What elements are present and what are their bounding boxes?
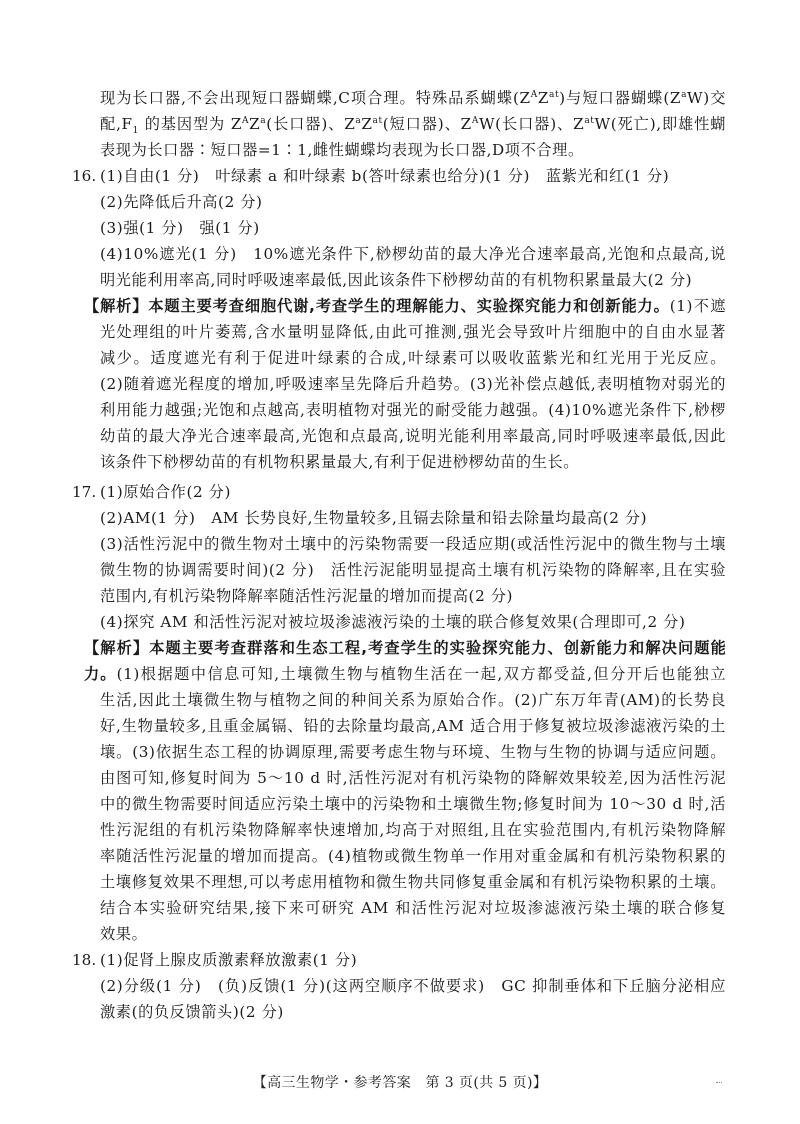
text-line: 现为长口器,不会出现短口器蝴蝶,C项合理。特殊品系蝴蝶(ZAZat)与短口器蝴蝶… [100,88,726,108]
analysis-line: 力。(1)根据题中信息可知,土壤微生物与植物生活在一起,双方都受益,但分开后也能… [84,664,726,684]
scan-mark [716,1082,722,1085]
question-number-18: 18. [72,950,96,970]
answer-line: (2)AM(1 分) AM 长势良好,生物量较多,且镉去除量和铅去除量均最高(2… [100,508,726,528]
analysis-line: 土壤修复效果不理想,可以考虑用植物和微生物共同修复重金属和有机污染物积累的土壤。 [100,872,726,892]
answer-line: (4)探究 AM 和活性污泥对被垃圾渗滤液污染的土壤的联合修复效果(合理即可,2… [100,612,726,632]
answer-line: 微生物的协调需要时间)(2 分) 活性污泥能明显提高土壤有机污染物的降解率,且在… [100,560,726,580]
answer-line: (4)10%遮光(1 分) 10%遮光条件下,桫椤幼苗的最大净光合速率最高,光饱… [100,244,726,264]
page-footer: 【高三生物学・参考答案 第 3 页(共 5 页)】 [0,1074,800,1092]
analysis-line: 光处理组的叶片萎蔫,含水量明显降低,由此可推测,强光会导致叶片细胞中的自由水显著 [100,322,726,342]
answer-line: (2)分级(1 分) (负)反馈(1 分)(这两空顺序不做要求) GC 抑制垂体… [100,976,726,996]
answer-line: (3)强(1 分) 强(1 分) [100,218,726,238]
answer-line: 明光能利用率高,同时呼吸速率最低,因此该条件下桫椤幼苗的有机物积累量最大(2 分… [100,270,726,290]
analysis-line: 【解析】本题主要考查细胞代谢,考查学生的理解能力、实验探究能力和创新能力。(1)… [84,296,726,316]
analysis-line: 率随活性污泥量的增加而提高。(4)植物或微生物单一作用对重金属和有机污染物积累的 [100,846,726,866]
question-number-16: 16. [72,166,96,186]
analysis-line: 效果。 [100,924,726,944]
answer-line: 范围内,有机污染物降解率随活性污泥量的增加而提高(2 分) [100,586,726,606]
analysis-line: 性污泥组的有机污染物降解率快速增加,均高于对照组,且在实验范围内,有机污染物降解 [100,820,726,840]
analysis-line: 中的微生物需要时间适应污染土壤中的污染物和土壤微生物;修复时间为 10～30 d… [100,794,726,814]
analysis-line: 结合本实验研究结果,接下来可研究 AM 和活性污泥对垃圾渗滤液污染土壤的联合修复 [100,898,726,918]
analysis-line: 利用能力越强;光饱和点越高,表明植物对强光的耐受能力越强。(4)10%遮光条件下… [100,400,726,420]
answer-line: (1)自由(1 分) 叶绿素 a 和叶绿素 b(答叶绿素也给分)(1 分) 蓝紫… [100,166,726,186]
analysis-line: 由图可知,修复时间为 5～10 d 时,活性污泥对有机污染物的降解效果较差,因为… [100,768,726,788]
analysis-line: 生活,因此土壤微生物与植物之间的种间关系为原始合作。(2)广东万年青(AM)的长… [100,690,726,710]
analysis-line: (2)随着遮光程度的增加,呼吸速率呈先降后升趋势。(3)光补偿点越低,表明植物对… [100,374,726,394]
question-number-17: 17. [72,482,96,502]
answer-line: (2)先降低后升高(2 分) [100,192,726,212]
answer-line: (3)活性污泥中的微生物对土壤中的污染物需要一段适应期(或活性污泥中的微生物与土… [100,534,726,554]
analysis-line: 好,生物量较多,且重金属镉、铅的去除量均最高,AM 适合用于修复被垃圾渗滤液污染… [100,716,726,736]
analysis-line: 减少。适度遮光有利于促进叶绿素的合成,叶绿素可以吸收蓝紫光和红光用于光反应。 [100,348,726,368]
analysis-line: 壤。(3)依据生态工程的协调原理,需要考虑生物与环境、生物与生物的协调与适应问题… [100,742,726,762]
text-line: 表现为长口器∶短口器=1∶1,雌性蝴蝶均表现为长口器,D项不合理。 [100,140,726,160]
analysis-line: 该条件下桫椤幼苗的有机物积累量最大,有利于促进桫椤幼苗的生长。 [100,452,726,472]
answer-line: (1)原始合作(2 分) [100,482,726,502]
document-page: 现为长口器,不会出现短口器蝴蝶,C项合理。特殊品系蝴蝶(ZAZat)与短口器蝴蝶… [0,0,800,1124]
text-line: 配,F1 的基因型为 ZAZa(长口器)、ZaZat(短口器)、ZAW(长口器)… [100,114,726,134]
analysis-label: 【解析】本题主要考查细胞代谢,考查学生的理解能力、实验探究能力和创新能力。 [84,297,670,315]
analysis-label: 【解析】本题主要考查群落和生态工程,考查学生的实验探究能力、创新能力和解决问题能 [84,638,726,658]
analysis-line: 幼苗的最大净光合速率最高,光饱和点最高,说明光能利用率最高,同时呼吸速率最低,因… [100,426,726,446]
answer-line: (1)促肾上腺皮质激素释放激素(1 分) [100,950,726,970]
answer-line: 激素(的负反馈箭头)(2 分) [100,1002,726,1022]
